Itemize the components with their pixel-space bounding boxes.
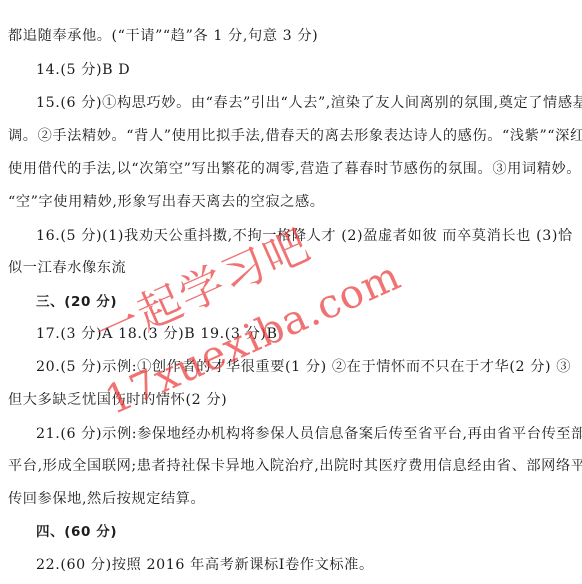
answer-16: 16.(5 分)(1)我劝天公重抖擞,不拘一格降人才 (2)盈虚者如彼 而卒莫消… <box>36 226 574 246</box>
answer-20-cont: 但大多缺乏忧国伤时的情怀(2 分) <box>8 390 574 410</box>
answer-15-cont-3: “空”字使用精妙,形象写出春天离去的空寂之感。 <box>8 192 574 212</box>
answer-16-cont: 似一江春水像东流 <box>8 258 574 278</box>
answer-22: 22.(60 分)按照 2016 年高考新课标Ⅰ卷作文标准。 <box>36 555 574 575</box>
answer-15: 15.(6 分)①构思巧妙。由“春去”引出“人去”,渲染了友人间离别的氛围,奠定… <box>36 93 574 113</box>
answer-15-cont-1: 调。②手法精妙。“背人”使用比拟手法,借春天的离去形象表达诗人的感伤。“浅紫”“… <box>8 126 574 146</box>
text-line-1: 都追随奉承他。(“干请”“趋”各 1 分,句意 3 分) <box>8 26 574 46</box>
answer-15-cont-2: 使用借代的手法,以“次第空”写出繁花的凋零,营造了暮春时节感伤的氛围。③用词精妙… <box>8 159 574 179</box>
section-4-heading: 四、(60 分) <box>36 522 574 542</box>
answer-21-cont-2: 传回参保地,然后按规定结算。 <box>8 489 574 509</box>
section-3-heading: 三、(20 分) <box>36 292 574 312</box>
answer-21-cont-1: 平台,形成全国联网;患者持社保卡异地入院治疗,出院时其医疗费用信息经由省、部网络… <box>8 456 574 476</box>
answer-20: 20.(5 分)示例:①创作者的才华很重要(1 分) ②在于情怀而不只在于才华(… <box>36 357 574 377</box>
answer-key-page: 都追随奉承他。(“干请”“趋”各 1 分,句意 3 分) 14.(5 分)B D… <box>0 0 582 584</box>
answers-17-19: 17.(3 分)A 18.(3 分)B 19.(3 分)B <box>36 324 574 344</box>
answer-14: 14.(5 分)B D <box>36 60 574 80</box>
answer-21: 21.(6 分)示例:参保地经办机构将参保人员信息备案后传至省平台,再由省平台传… <box>36 424 574 444</box>
